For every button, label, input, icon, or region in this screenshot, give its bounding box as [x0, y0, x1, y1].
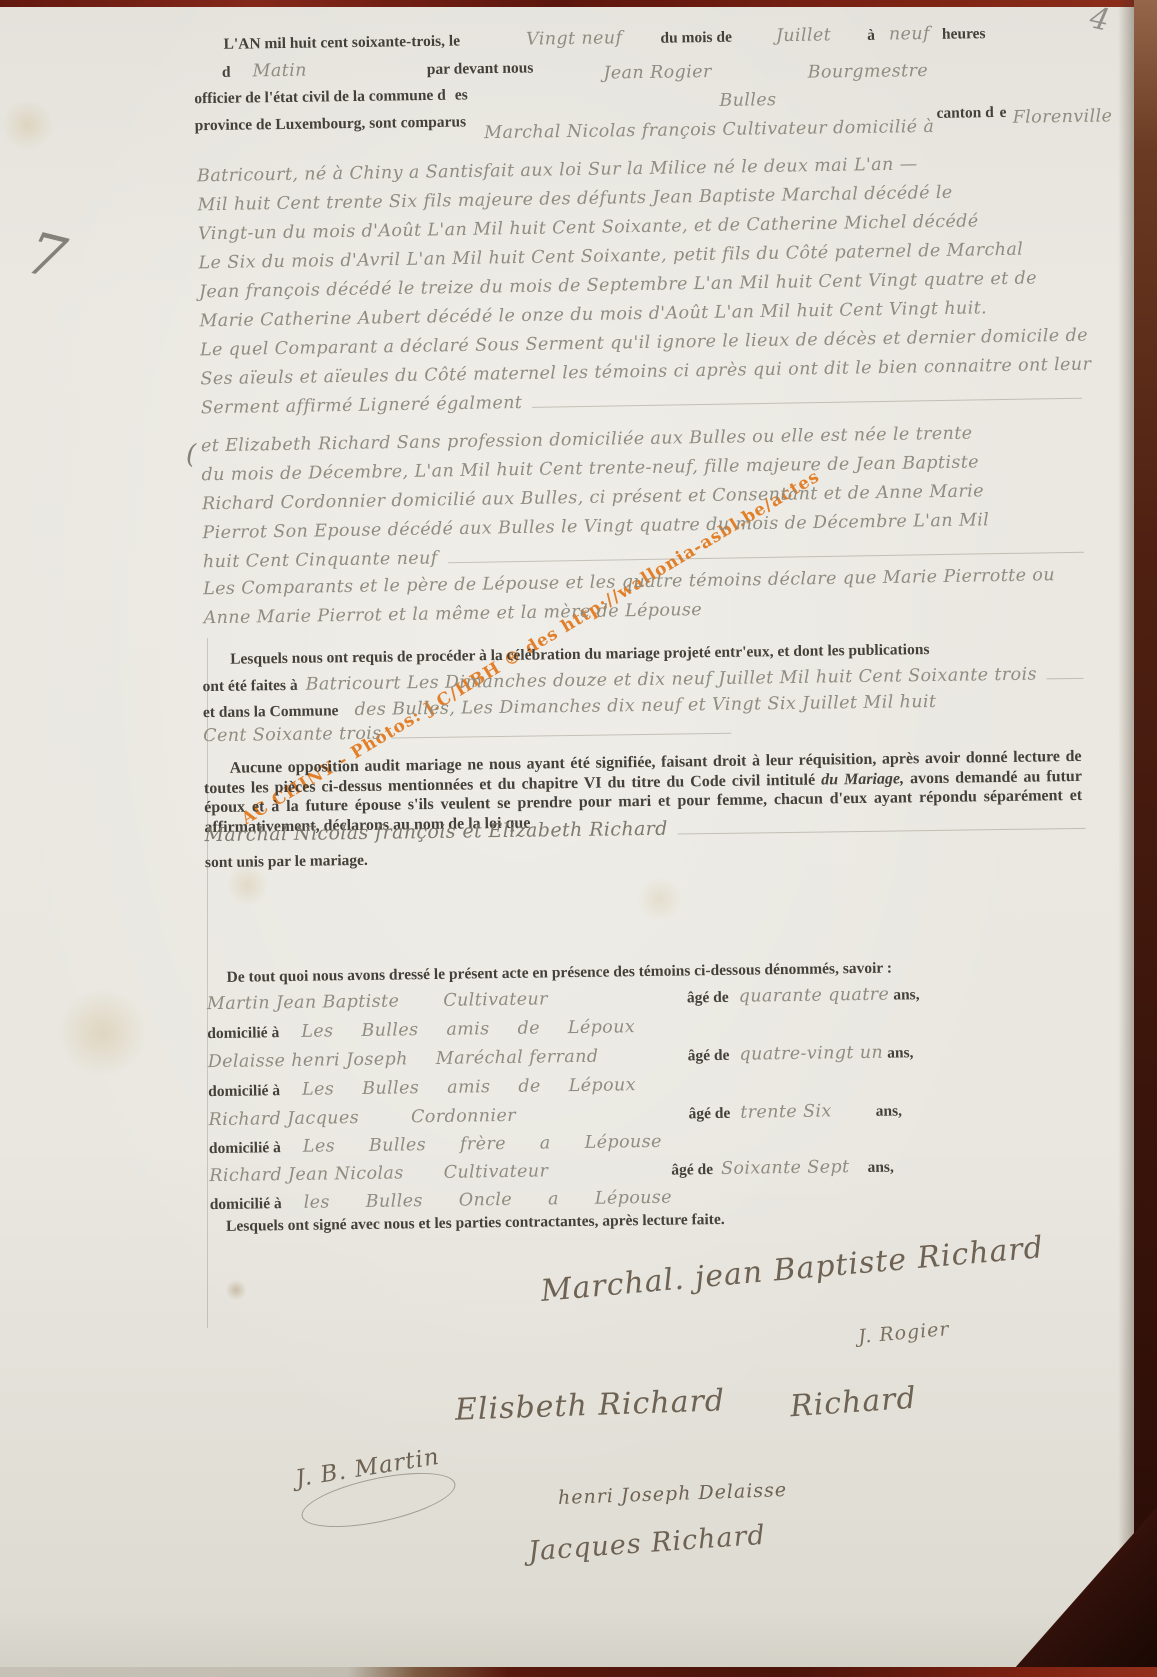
header-line-1: L'AN mil huit cent soixante-trois, le Vi…: [223, 21, 1108, 53]
witness-age-group: âgé de quarante quatre ans,: [687, 984, 920, 1007]
handwritten-ampm: Matin: [252, 61, 307, 82]
handwritten-publication-dates-1: Batricourt Les Dimanches douze et dix ne…: [305, 665, 1037, 695]
printed-text: du mois de: [660, 29, 732, 47]
printed-text: heures: [942, 25, 986, 43]
handwritten-canton: Florenville: [1013, 106, 1113, 127]
foxing-stain: [55, 990, 150, 1075]
witness-row-residence: domicilié à Les Bulles amis de Lépoux: [208, 1069, 1093, 1101]
witness-name: Martin Jean Baptiste: [207, 991, 400, 1014]
witness-name: Delaisse henri Joseph: [208, 1049, 408, 1072]
witness-age: trente Six: [740, 1101, 832, 1122]
residence-label: domicilié à: [208, 1082, 280, 1100]
witness-age-group: âgé de quatre-vingt un ans,: [688, 1042, 914, 1065]
publications-line-1: Lesquels nous ont requis de procéder à l…: [230, 638, 1115, 668]
printed-text: à: [867, 27, 875, 44]
handwritten-line: Anne Marie Pierrot et la même et la mère…: [203, 600, 702, 628]
act-content: L'AN mil huit cent soixante-trois, le Vi…: [193, 0, 1101, 1677]
witness-name: Richard Jean Nicolas: [209, 1163, 404, 1186]
groom-details-block: Batricourt, né à Chiny a Santisfait aux …: [197, 143, 1086, 419]
residence-label: domicilié à: [209, 1139, 281, 1157]
witness-residence: les Bulles Oncle a Lépouse: [304, 1188, 673, 1213]
ans-label: ans,: [893, 986, 920, 1003]
witness-residence: Les Bulles amis de Lépoux: [302, 1075, 636, 1100]
printed-text: L'AN mil huit cent soixante-trois, le: [223, 33, 460, 53]
handwritten-groom-intro: Marchal Nicolas françois Cultivateur dom…: [484, 117, 934, 143]
witness-residence: Les Bulles amis de Lépoux: [301, 1017, 635, 1042]
blank-rule: [678, 828, 1086, 835]
margin-number-mark: 7: [20, 219, 72, 294]
handwritten-day: Vingt neuf: [526, 28, 623, 49]
margin-paren-mark: (: [186, 440, 196, 470]
witness-name: Richard Jacques: [208, 1108, 359, 1130]
handwritten-publication-dates-2: des Bulles, Les Dimanches dix neuf et Vi…: [354, 692, 936, 720]
residence-label: domicilié à: [207, 1024, 279, 1042]
age-label: âgé de: [688, 1047, 730, 1065]
handwritten-month: Juillet: [776, 25, 832, 46]
witness-row-name: Richard Jean Nicolas Cultivateur âgé de …: [209, 1154, 1094, 1186]
witness-age-group: âgé de Soixante Sept ans,: [671, 1157, 894, 1180]
printed-text: canton d: [936, 104, 994, 123]
age-label: âgé de: [688, 1105, 730, 1123]
witness-profession: Cultivateur: [444, 1161, 549, 1182]
ans-label: ans,: [887, 1044, 914, 1061]
union-printed-line: sont unis par le mariage.: [205, 842, 1090, 872]
header-line-4: province de Luxembourg, sont comparus Ma…: [195, 103, 1080, 135]
blank-rule: [1047, 678, 1084, 680]
printed-text: et dans la Commune: [203, 702, 339, 721]
printed-text: d: [222, 64, 231, 81]
witness-profession: Cultivateur: [443, 989, 548, 1010]
foxing-stain: [0, 100, 55, 150]
printed-text: par devant nous: [427, 59, 534, 77]
witness-profession: Cordonnier: [411, 1106, 516, 1127]
witness-age: quarante quatre: [739, 985, 890, 1007]
witness-intro-line: De tout quoi nous avons dressé le présen…: [226, 956, 1111, 986]
age-label: âgé de: [687, 989, 729, 1007]
handwritten-publication-dates-3: Cent Soixante trois: [203, 724, 382, 746]
printed-italic-text: du Mariage,: [821, 770, 904, 788]
book-edge-right: [1134, 0, 1157, 1677]
book-edge-bottom: [0, 1667, 1157, 1677]
witness-age: quatre-vingt un: [739, 1043, 883, 1065]
printed-text: sont unis par le mariage.: [205, 852, 368, 871]
blank-rule: [532, 398, 1082, 408]
bride-details-block: et Elizabeth Richard Sans profession dom…: [201, 413, 1088, 573]
printed-text: e: [999, 104, 1006, 122]
witness-age: Soixante Sept: [721, 1157, 850, 1179]
witness-row-residence: domicilié à Les Bulles frère a Lépouse: [209, 1126, 1094, 1158]
witness-residence: Les Bulles frère a Lépouse: [303, 1132, 662, 1157]
witness-row-name: Martin Jean Baptiste Cultivateur âgé de …: [207, 982, 1092, 1014]
handwritten-line: Serment affirmé Ligneré égalment: [201, 393, 523, 418]
header-line-2: d Matin par devant nous Jean Rogier Bour…: [194, 50, 1079, 82]
residence-label: domicilié à: [210, 1195, 282, 1213]
witness-profession: Maréchal ferrand: [436, 1047, 599, 1069]
printed-text: Lesquels ont signé avec nous et les part…: [226, 1211, 725, 1235]
witness-row-name: Delaisse henri Joseph Maréchal ferrand â…: [208, 1040, 1093, 1072]
printed-text: officier de l'état civil de la commune d: [194, 87, 446, 108]
printed-text: province de Luxembourg, sont comparus: [195, 113, 467, 134]
witness-row-residence: domicilié à Les Bulles amis de Lépoux: [207, 1011, 1092, 1043]
marriage-act-scan: 7 4 ( AC CHINY - Photos: J.C/HBH ® des h…: [0, 0, 1157, 1677]
witness-row-name: Richard Jacques Cordonnier âgé de trente…: [208, 1098, 1093, 1130]
handwritten-hour: neuf: [889, 24, 930, 45]
page-edge-shadow: [1118, 0, 1134, 1677]
witness-age-group: âgé de trente Six ans,: [688, 1100, 902, 1123]
handwritten-officer-name: Jean Rogier: [603, 62, 712, 84]
printed-text: es: [455, 86, 468, 103]
ans-label: ans,: [876, 1102, 903, 1119]
ans-label: ans,: [867, 1159, 894, 1176]
age-label: âgé de: [671, 1161, 713, 1179]
blank-rule: [392, 733, 732, 739]
printed-text: De tout quoi nous avons dressé le présen…: [226, 960, 892, 986]
book-edge-top: [0, 0, 1157, 7]
printed-text: ont été faites à: [202, 677, 297, 696]
printed-text: Lesquels nous ont requis de procéder à l…: [230, 641, 930, 668]
